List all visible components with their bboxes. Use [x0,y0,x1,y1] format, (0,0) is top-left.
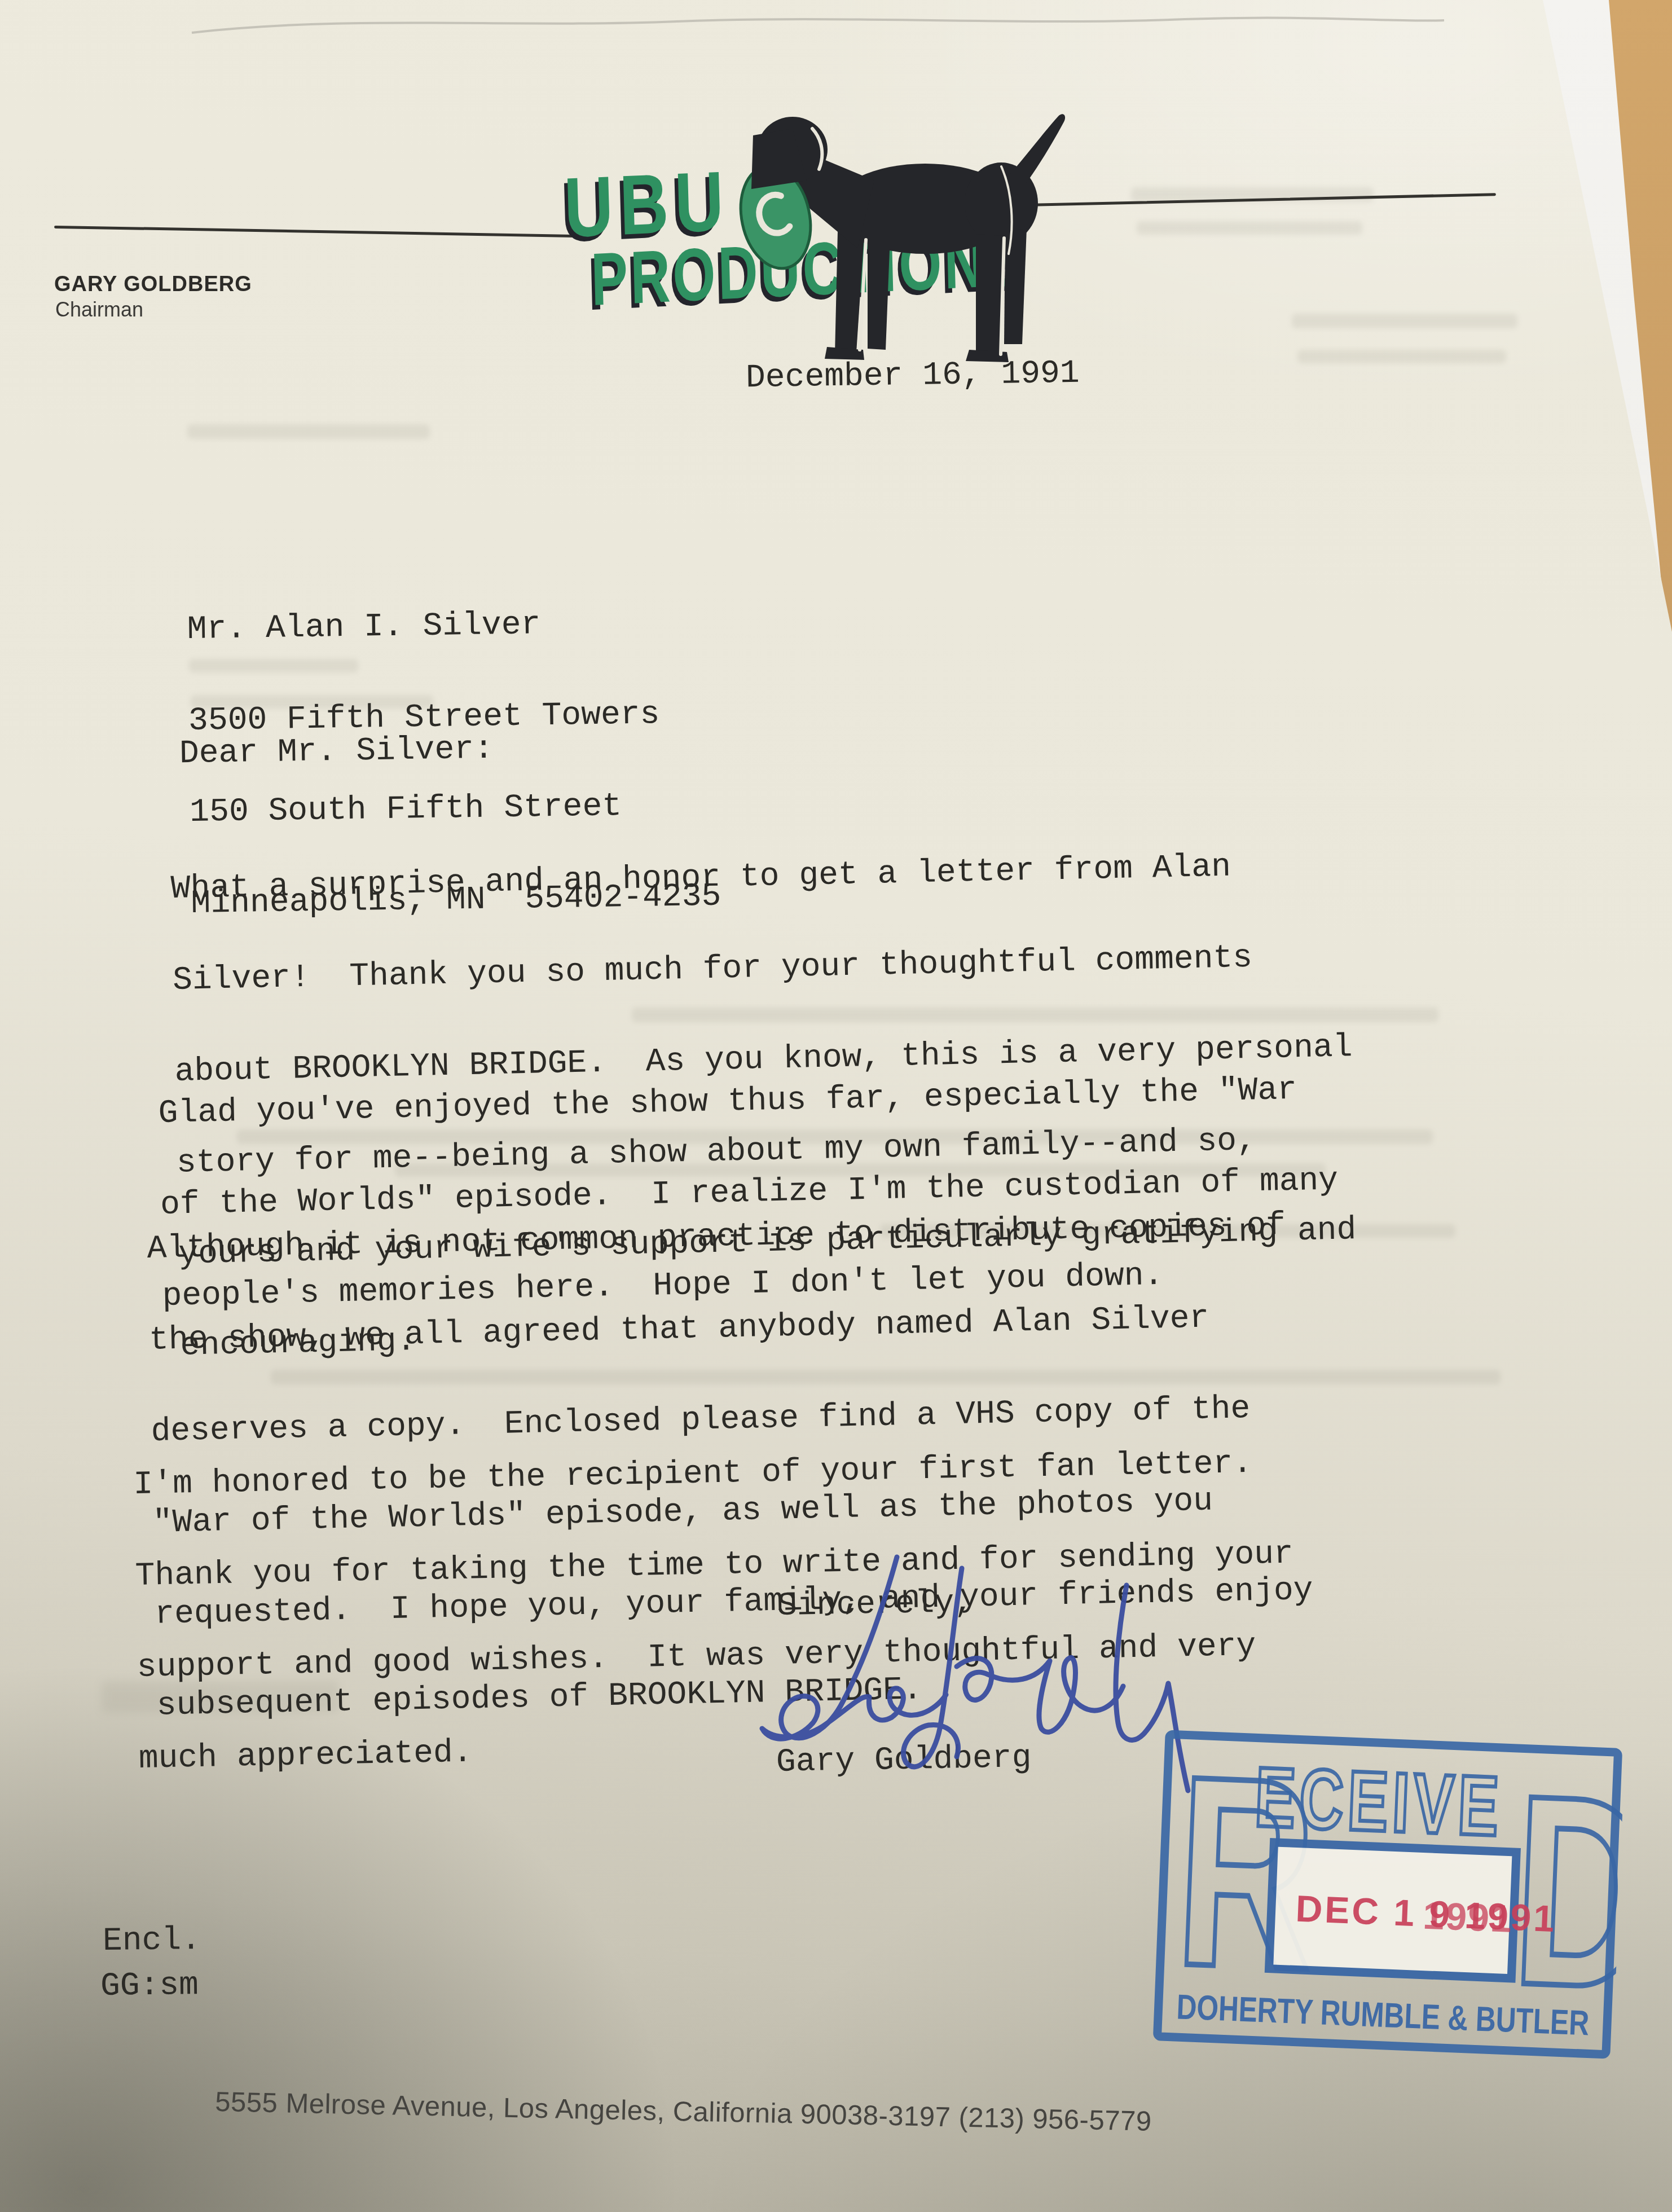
stamp-date-overstrike: 1991 [1422,1894,1513,1941]
bleed-through-ghost [1292,314,1517,328]
date-line: December 16, 1991 [746,359,1080,394]
bleed-through-ghost [1137,221,1362,235]
torn-top-edge [0,0,1672,68]
typist-reference: GG:sm [100,1971,199,2002]
body-line: What a surprise and an honor to get a le… [170,850,1349,905]
body-line: Silver! Thank you so much for your thoug… [173,941,1351,996]
body-line: Glad you've enjoyed the show thus far, e… [158,1074,1336,1129]
signature [697,1553,1193,1795]
bleed-through-ghost [1297,350,1506,363]
stamp-letter-d: D [1508,1738,1625,2046]
ubu-dog-logo-icon [722,113,1072,372]
enclosure-notation: Encl. [103,1925,201,1957]
stamp-word-eceive: ECEIVE [1253,1749,1504,1854]
body-line: Although it is not common practice to di… [147,1210,1305,1265]
letterhead-sender-title: Chairman [55,298,143,322]
salutation: Dear Mr. Silver: [179,735,494,770]
recipient-line: Mr. Alan I. Silver [187,608,718,645]
bleed-through-ghost [187,424,430,439]
body-line: the show, we all agreed that anybody nam… [149,1301,1308,1356]
letterhead-sender-name: GARY GOLDBERG [54,272,252,297]
body-line: I'm honored to be the recipient of your … [133,1448,1292,1501]
received-stamp: R ECEIVE D DEC 1 9 1991 1991 DOHERTY RUM… [1150,1727,1625,2061]
